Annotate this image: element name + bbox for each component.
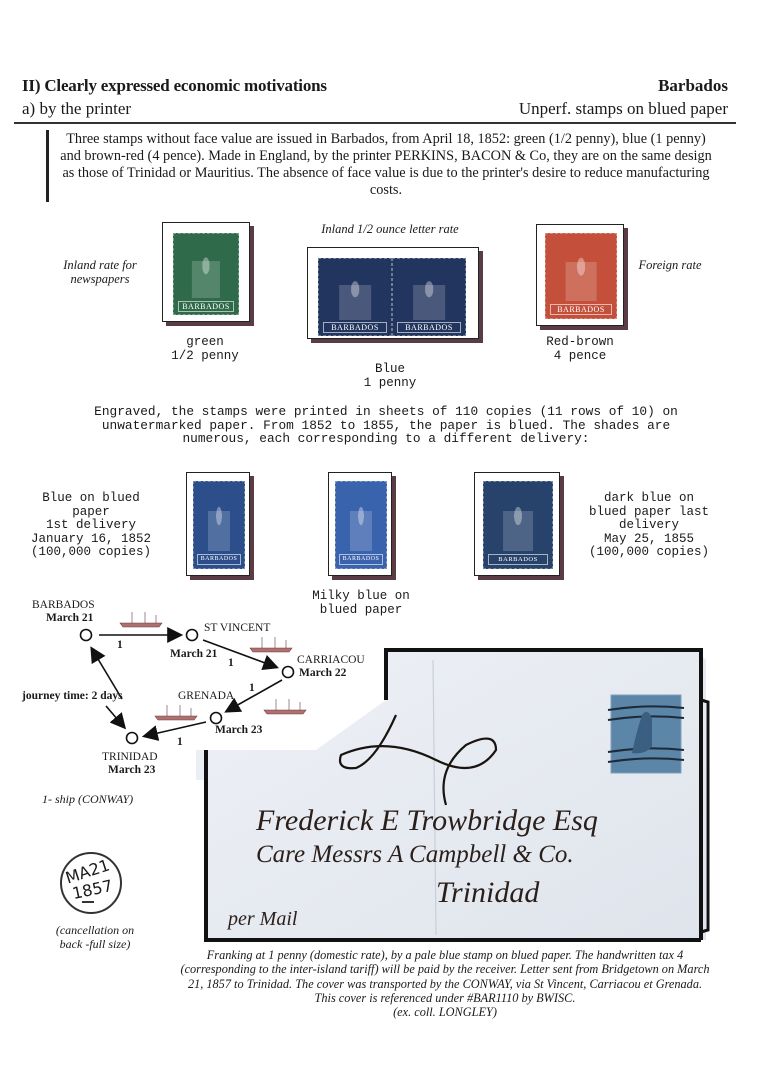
- caption-line: Red-brown: [528, 336, 632, 350]
- stamp-label: BARBADOS: [178, 301, 234, 312]
- red-note: Foreign rate: [630, 258, 710, 272]
- shade-stamp-2: BARBADOS: [335, 481, 387, 569]
- caption-line: Blue: [340, 363, 440, 377]
- printing-text: Engraved, the stamps were printed in she…: [66, 405, 706, 446]
- blue-pair-frame: BARBADOS BARBADOS: [307, 247, 479, 339]
- journey-time: journey time: 2 days: [22, 690, 123, 702]
- green-note-line: Inland rate for: [40, 258, 160, 272]
- stamp-label: BARBADOS: [339, 554, 383, 565]
- stop-name-barbados: BARBADOS: [32, 599, 95, 611]
- stop-name-trinidad: TRINIDAD: [102, 751, 158, 763]
- intro-text: Three stamps without face value are issu…: [56, 131, 716, 199]
- caption-line: delivery: [584, 519, 714, 533]
- caption-line: (corresponding to the inter-island tarif…: [150, 962, 740, 976]
- country-title: Barbados: [658, 76, 728, 96]
- svg-text:per Mail: per Mail: [226, 908, 298, 930]
- leg-label: 1: [249, 682, 255, 694]
- leg-label: 1: [117, 639, 123, 651]
- caption-line: dark blue on: [584, 492, 714, 506]
- britannia-figure-icon: [208, 501, 230, 551]
- svg-text:Trinidad: Trinidad: [436, 876, 540, 909]
- caption-line: May 25, 1855: [584, 533, 714, 547]
- stamp-label: BARBADOS: [488, 554, 548, 565]
- green-stamp: BARBADOS: [173, 233, 239, 315]
- stop-name-grenada: GRENADA: [178, 690, 234, 702]
- stamp-label: BARBADOS: [397, 322, 460, 332]
- shade-stamp-1: BARBADOS: [193, 481, 245, 569]
- britannia-figure-icon: [503, 501, 533, 551]
- ship-icon: [250, 637, 292, 652]
- green-note-line: newspapers: [40, 272, 160, 286]
- caption-line: January 16, 1852: [26, 533, 156, 547]
- britannia-figure-icon: [339, 276, 371, 320]
- route-legend: 1- ship (CONWAY): [42, 792, 133, 807]
- caption-line: 1st delivery: [26, 519, 156, 533]
- stop-date-trinidad: March 23: [108, 764, 155, 776]
- caption-line: Franking at 1 penny (domestic rate), by …: [150, 948, 740, 962]
- caption-line: 21, 1857 to Trinidad. The cover was tran…: [150, 977, 740, 991]
- stop-date-grenada: March 23: [215, 724, 262, 736]
- caption-line: blued paper last: [584, 506, 714, 520]
- shade-stamp-frame-2: BARBADOS: [328, 472, 392, 576]
- britannia-figure-icon: [566, 252, 597, 301]
- stop-name-carriacou: CARRIACOU: [297, 654, 365, 666]
- cancellation-caption: (cancellation on back -full size): [40, 923, 150, 951]
- stamp-label: BARBADOS: [550, 304, 612, 315]
- section-title: II) Clearly expressed economic motivatio…: [22, 76, 327, 96]
- cancellation-dash: [82, 901, 94, 903]
- ship-icon: [264, 699, 306, 714]
- caption-line: green: [150, 336, 260, 350]
- shade-stamp-frame-3: BARBADOS: [474, 472, 560, 576]
- blue-caption: Blue 1 penny: [340, 363, 440, 390]
- intro-bar: [46, 130, 49, 202]
- stop-date-barbados: March 21: [46, 612, 93, 624]
- shade-caption-1: Blue on blued paper 1st delivery January…: [26, 492, 156, 560]
- caption-line: (cancellation on: [40, 923, 150, 937]
- caption-line: 1/2 penny: [150, 350, 260, 364]
- caption-line: paper: [26, 506, 156, 520]
- green-note: Inland rate for newspapers: [40, 258, 160, 286]
- address-line-1: Frederick E Trowbridge Esq: [255, 804, 598, 837]
- shade-stamp-3: BARBADOS: [483, 481, 553, 569]
- subsection-title: a) by the printer: [22, 99, 131, 119]
- stop-date-carriacou: March 22: [299, 667, 346, 679]
- leg-label: 1: [228, 657, 234, 669]
- blue-stamp-left: BARBADOS: [318, 258, 392, 336]
- green-caption: green 1/2 penny: [150, 336, 260, 363]
- britannia-figure-icon: [192, 252, 220, 298]
- shade-caption-3: dark blue on blued paper last delivery M…: [584, 492, 714, 560]
- britannia-figure-icon: [413, 276, 445, 320]
- red-caption: Red-brown 4 pence: [528, 336, 632, 363]
- caption-line: (100,000 copies): [26, 546, 156, 560]
- caption-line: back -full size): [40, 937, 150, 951]
- stamp-label: BARBADOS: [197, 554, 241, 565]
- topic-title: Unperf. stamps on blued paper: [519, 99, 728, 119]
- stop-date-st-vincent: March 21: [170, 648, 217, 660]
- caption-line: This cover is referenced under #BAR1110 …: [150, 991, 740, 1005]
- ship-icon: [120, 612, 162, 627]
- header-rule: [14, 122, 736, 124]
- shade-stamp-frame-1: BARBADOS: [186, 472, 250, 576]
- ship-icon: [155, 705, 197, 720]
- caption-line: 1 penny: [340, 377, 440, 391]
- green-stamp-frame: BARBADOS: [162, 222, 250, 322]
- red-stamp: BARBADOS: [545, 233, 617, 319]
- stop-name-st-vincent: ST VINCENT: [204, 622, 270, 634]
- stamp-label: BARBADOS: [323, 322, 386, 332]
- caption-line: Blue on blued: [26, 492, 156, 506]
- britannia-figure-icon: [350, 501, 372, 551]
- cover-caption: Franking at 1 penny (domestic rate), by …: [150, 948, 740, 1019]
- red-stamp-frame: BARBADOS: [536, 224, 624, 326]
- caption-line: 4 pence: [528, 350, 632, 364]
- caption-line: (ex. coll. LONGLEY): [150, 1005, 740, 1019]
- svg-text:Care Messrs A Campbell & Co.: Care Messrs A Campbell & Co.: [256, 841, 574, 868]
- caption-line: (100,000 copies): [584, 546, 714, 560]
- blue-pair-note: Inland 1/2 ounce letter rate: [300, 222, 480, 236]
- blue-stamp-right: BARBADOS: [392, 258, 466, 336]
- leg-label: 1: [177, 736, 183, 748]
